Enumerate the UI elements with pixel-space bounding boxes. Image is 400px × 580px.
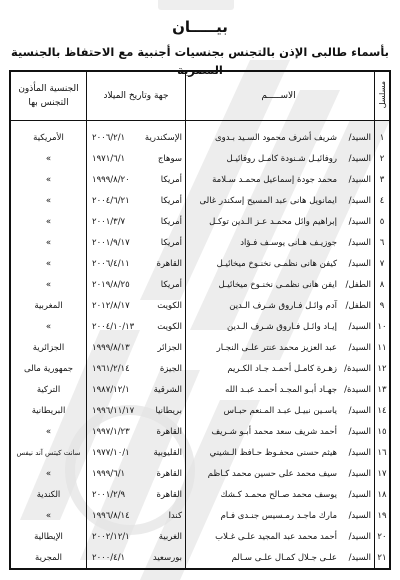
table-row: ٩الطفل/آدم وائـل فـاروق شـرف الـدينالكوي… [10,295,390,316]
row-full-name: ياسـين نبيـل عبـد المـنعم حبـاس [224,406,337,416]
row-title-prefix: السيد/ [337,469,371,479]
row-nationality: الجزائرية [10,337,87,358]
row-nationality: » [10,232,87,253]
row-full-name: محمد جودة إسماعيل محمـد سـلامة [212,175,337,185]
row-birth-date: ١٩٩٩/٨/١٣ [92,343,140,353]
row-birth-place: الشرقية [140,385,185,395]
row-birth-date: ٢٠٠١/٩/١٧ [92,238,140,248]
row-nationality: المجرية [10,547,87,569]
row-nationality: جمهورية مالى [10,358,87,379]
row-birth-date: ٢٠٠١/٢/٩ [92,490,140,500]
table-row: ١٧السيد/سيف محمد على حسين محمد كـاظمالقا… [10,463,390,484]
row-name-cell: السيد/جوزيـف هـانى يوسـف فـؤاد [186,232,375,253]
row-full-name: أحمد شريف سعد محمد أبـو شـريف [211,427,337,437]
row-title-prefix: السيد/ [337,217,371,227]
row-nationality: الإيطالية [10,526,87,547]
row-serial: ٩ [375,295,391,316]
row-serial: ١٨ [375,484,391,505]
row-birth-date: ٢٠٠١/٣/٧ [92,217,140,227]
table-row: ١٢السيدة/زهـرة كامـل أحمـد جـاد الكـريما… [10,358,390,379]
row-nationality: البريطانية [10,400,87,421]
row-serial: ٤ [375,190,391,211]
row-title-prefix: السيد/ [337,511,371,521]
row-birth-cell: الشرقية١٩٨٧/١٢/١ [87,379,186,400]
row-nationality: » [10,253,87,274]
row-title-prefix: السيد/ [337,259,371,269]
row-birth-date: ١٩٧١/٦/١ [92,154,140,164]
table-row: ٨الطفل/ايفن هانى نظمـى نخنـوخ ميخائيـلأم… [10,274,390,295]
row-serial: ١٧ [375,463,391,484]
row-full-name: يوسف محمد صـالح محمـد كـشك [221,490,337,500]
row-name-cell: السيد/ياسـين نبيـل عبـد المـنعم حبـاس [186,400,375,421]
row-nationality: سانت كيتس آند نيفس [10,442,87,463]
row-name-cell: السيدة/زهـرة كامـل أحمـد جـاد الكـريم [186,358,375,379]
row-serial: ٥ [375,211,391,232]
table-row: ١٦السيد/هيثم حسنى محفـوظ حـافظ الـشينيال… [10,442,390,463]
row-title-prefix: الطفل/ [337,280,371,290]
table-row: ٣السيد/محمد جودة إسماعيل محمـد سـلامةأمر… [10,169,390,190]
row-birth-date: ١٩٩٩/٨/٢٠ [92,175,140,185]
row-birth-place: القاهرة [140,469,185,479]
row-name-cell: السيد/ايمانويل هانى عبد المسيح إسكندر غا… [186,190,375,211]
applicants-table: مسلسل الاســـــم جهة وتاريخ الميلاد الجن… [9,70,391,570]
table-row: ١١السيد/عبد العزيز محمد عنتر علـى النجـا… [10,337,390,358]
row-birth-date: ٢٠٠٢/١٢/١ [92,532,140,542]
row-birth-cell: الكويت٢٠٠٤/١٠/١٣ [87,316,186,337]
row-nationality: » [10,169,87,190]
row-birth-cell: الجيزة١٩٦١/٢/١٤ [87,358,186,379]
document-page: بيـــــان بأسماء طالبى الإذن بالتجنس بجن… [0,17,400,61]
row-full-name: جهـاد أبـو المجـد أحمـد عبـد الله [225,385,337,395]
row-birth-place: أمريكا [140,196,185,206]
row-birth-date: ٢٠١٢/٨/١٧ [92,301,140,311]
top-overlay-bar [158,0,234,10]
row-birth-place: بورسعيد [140,553,185,563]
row-name-cell: السيد/مارك ماجـد رمـسيس جنـدى فـام [186,505,375,526]
row-nationality: » [10,505,87,526]
row-title-prefix: السيد/ [337,448,371,458]
row-serial: ١٦ [375,442,391,463]
row-title-prefix: السيد/ [337,175,371,185]
row-birth-place: القاهرة [140,490,185,500]
header-serial: مسلسل [375,71,391,121]
row-title-prefix: السيد/ [337,343,371,353]
table-row: ١٤السيد/ياسـين نبيـل عبـد المـنعم حبـاسب… [10,400,390,421]
row-title-prefix: الطفل/ [337,301,371,311]
row-birth-cell: كندا١٩٩٦/٨/١٤ [87,505,186,526]
row-title-prefix: السيد/ [337,238,371,248]
row-birth-cell: أمريكا٢٠٠٤/٦/٢١ [87,190,186,211]
row-birth-place: سوهاج [140,154,185,164]
table-row: ٥السيد/إبراهيم وائل محمـد عـز الـدين توك… [10,211,390,232]
row-birth-place: القاهرة [140,259,185,269]
row-birth-cell: القاهرة٢٠٠٦/٤/١١ [87,253,186,274]
row-birth-cell: الإسكندرية٢٠٠٦/٢/١ [87,121,186,149]
table-row: ٢السيد/روفائيـل شـنودة كامـل روفائيـلسوه… [10,148,390,169]
row-name-cell: السيد/أحمد محمد عبد المجيد علـى غـلاب [186,526,375,547]
row-title-prefix: السيد/ [337,322,371,332]
row-birth-cell: القاهرة٢٠٠١/٢/٩ [87,484,186,505]
row-serial: ٦ [375,232,391,253]
row-name-cell: السيد/أحمد شريف سعد محمد أبـو شـريف [186,421,375,442]
row-serial: ٨ [375,274,391,295]
row-birth-cell: أمريكا١٩٩٩/٨/٢٠ [87,169,186,190]
row-serial: ١٥ [375,421,391,442]
row-nationality: » [10,274,87,295]
row-title-prefix: السيدة/ [337,385,371,395]
row-birth-date: ١٩٨٧/١٢/١ [92,385,140,395]
table-row: ١٥السيد/أحمد شريف سعد محمد أبـو شـريفالق… [10,421,390,442]
row-birth-place: أمريكا [140,217,185,227]
row-full-name: سيف محمد على حسين محمد كـاظم [208,469,337,479]
row-birth-cell: أمريكا٢٠١٩/٨/٢٥ [87,274,186,295]
row-serial: ٢٠ [375,526,391,547]
row-name-cell: السيد/محمد جودة إسماعيل محمـد سـلامة [186,169,375,190]
row-serial: ١ [375,121,391,149]
row-birth-date: ٢٠٠٠/٤/١ [92,553,140,563]
row-birth-date: ١٩٦١/٢/١٤ [92,364,140,374]
header-place-date: جهة وتاريخ الميلاد [87,71,186,121]
row-birth-date: ١٩٩٩/٦/١ [92,469,140,479]
table-body: ١السيد/شريف أشرف محمود السـيد بـدوىالإسك… [10,121,390,570]
row-full-name: ايفن هانى نظمـى نخنـوخ ميخائيـل [219,280,338,290]
row-full-name: مارك ماجـد رمـسيس جنـدى فـام [221,511,337,521]
row-full-name: روفائيـل شـنودة كامـل روفائيـل [227,154,337,164]
row-name-cell: السيد/إيـاد وائـل فـاروق شـرف الـدين [186,316,375,337]
row-birth-date: ٢٠٠٤/٦/٢١ [92,196,140,206]
row-serial: ١٤ [375,400,391,421]
row-birth-date: ١٩٩٦/١١/١٧ [92,406,140,416]
row-full-name: هيثم حسنى محفـوظ حـافظ الـشيني [210,448,337,458]
table-row: ١٩السيد/مارك ماجـد رمـسيس جنـدى فـامكندا… [10,505,390,526]
row-birth-cell: سوهاج١٩٧١/٦/١ [87,148,186,169]
row-nationality: » [10,421,87,442]
row-serial: ١٠ [375,316,391,337]
row-title-prefix: السيد/ [337,490,371,500]
row-name-cell: السيدة/جهـاد أبـو المجـد أحمـد عبـد الله [186,379,375,400]
row-birth-place: الجيزة [140,364,185,374]
row-nationality: » [10,190,87,211]
row-full-name: جوزيـف هـانى يوسـف فـؤاد [240,238,337,248]
row-full-name: شريف أشرف محمود السـيد بـدوى [215,133,337,143]
row-full-name: إبراهيم وائل محمـد عـز الـدين توكـل [209,217,337,227]
row-full-name: أحمد محمد عبد المجيد علـى غـلاب [215,532,337,542]
table-row: ١السيد/شريف أشرف محمود السـيد بـدوىالإسك… [10,121,390,149]
table-row: ١٨السيد/يوسف محمد صـالح محمـد كـشكالقاهر… [10,484,390,505]
row-name-cell: الطفل/آدم وائـل فـاروق شـرف الـدين [186,295,375,316]
row-title-prefix: السيد/ [337,154,371,164]
row-serial: ١٢ [375,358,391,379]
header-nationality: الجنسية المأذون التجنس بها [10,71,87,121]
row-birth-date: ٢٠٠٤/١٠/١٣ [92,322,140,332]
row-birth-cell: القاهرة١٩٩٩/٦/١ [87,463,186,484]
row-birth-place: الكويت [140,301,185,311]
row-birth-place: الجزائر [140,343,185,353]
row-title-prefix: السيد/ [337,196,371,206]
row-full-name: علـى جـلال كمـال علـى سـالم [232,553,337,563]
row-name-cell: السيد/سيف محمد على حسين محمد كـاظم [186,463,375,484]
row-birth-date: ١٩٩٧/١/٢٣ [92,427,140,437]
table-row: ٢٠السيد/أحمد محمد عبد المجيد علـى غـلابا… [10,526,390,547]
row-birth-cell: القاهرة١٩٩٧/١/٢٣ [87,421,186,442]
row-name-cell: السيد/عبد العزيز محمد عنتر علـى النجـار [186,337,375,358]
row-serial: ١٣ [375,379,391,400]
row-serial: ١١ [375,337,391,358]
header-serial-label: مسلسل [378,81,387,108]
row-serial: ٢ [375,148,391,169]
row-nationality: الكندية [10,484,87,505]
row-nationality: التركية [10,379,87,400]
table-row: ٤السيد/ايمانويل هانى عبد المسيح إسكندر غ… [10,190,390,211]
row-birth-place: الكويت [140,322,185,332]
row-name-cell: السيد/كيفن هانى نظمـى نخنـوخ ميخائيـل [186,253,375,274]
row-birth-place: كندا [140,511,185,521]
row-birth-date: ٢٠٠٦/٤/١١ [92,259,140,269]
row-birth-cell: أمريكا٢٠٠١/٣/٧ [87,211,186,232]
row-nationality: الأمريكية [10,121,87,149]
table-row: ٦السيد/جوزيـف هـانى يوسـف فـؤادأمريكا٢٠٠… [10,232,390,253]
row-title-prefix: السيد/ [337,553,371,563]
table-row: ٧السيد/كيفن هانى نظمـى نخنـوخ ميخائيـلال… [10,253,390,274]
table-row: ١٣السيدة/جهـاد أبـو المجـد أحمـد عبـد ال… [10,379,390,400]
row-name-cell: السيد/إبراهيم وائل محمـد عـز الـدين توكـ… [186,211,375,232]
document-subtitle: بأسماء طالبى الإذن بالتجنس بجنسيات أجنبي… [0,43,400,61]
row-birth-place: الإسكندرية [140,133,185,143]
row-title-prefix: السيد/ [337,406,371,416]
row-serial: ٣ [375,169,391,190]
row-birth-cell: بريطانيا١٩٩٦/١١/١٧ [87,400,186,421]
row-full-name: آدم وائـل فـاروق شـرف الـدين [229,301,337,311]
document-title: بيـــــان [0,17,400,37]
table-row: ٢١السيد/علـى جـلال كمـال علـى سـالمبورسع… [10,547,390,569]
row-full-name: عبد العزيز محمد عنتر علـى النجـار [217,343,337,353]
row-nationality: » [10,316,87,337]
row-serial: ١٩ [375,505,391,526]
row-nationality: » [10,148,87,169]
row-title-prefix: السيد/ [337,427,371,437]
row-name-cell: السيد/علـى جـلال كمـال علـى سـالم [186,547,375,569]
row-name-cell: السيد/هيثم حسنى محفـوظ حـافظ الـشيني [186,442,375,463]
row-birth-place: القاهرة [140,427,185,437]
row-birth-place: بريطانيا [140,406,185,416]
row-birth-cell: الجزائر١٩٩٩/٨/١٣ [87,337,186,358]
row-birth-place: الغربية [140,532,185,542]
row-birth-date: ١٩٧٧/١٠/١ [92,448,140,458]
row-birth-place: القليوبية [140,448,185,458]
row-birth-cell: الكويت٢٠١٢/٨/١٧ [87,295,186,316]
row-birth-place: أمريكا [140,175,185,185]
row-full-name: كيفن هانى نظمـى نخنـوخ ميخائيـل [217,259,337,269]
row-title-prefix: السيدة/ [337,364,371,374]
row-name-cell: الطفل/ايفن هانى نظمـى نخنـوخ ميخائيـل [186,274,375,295]
row-name-cell: السيد/شريف أشرف محمود السـيد بـدوى [186,121,375,149]
row-birth-date: ٢٠١٩/٨/٢٥ [92,280,140,290]
row-birth-date: ٢٠٠٦/٢/١ [92,133,140,143]
row-nationality: المغربية [10,295,87,316]
row-birth-place: أمريكا [140,238,185,248]
row-nationality: » [10,463,87,484]
row-full-name: إيـاد وائـل فـاروق شـرف الـدين [227,322,337,332]
row-birth-cell: الغربية٢٠٠٢/١٢/١ [87,526,186,547]
row-serial: ٧ [375,253,391,274]
row-title-prefix: السيد/ [337,532,371,542]
table-row: ١٠السيد/إيـاد وائـل فـاروق شـرف الـدينال… [10,316,390,337]
row-birth-cell: القليوبية١٩٧٧/١٠/١ [87,442,186,463]
row-birth-date: ١٩٩٦/٨/١٤ [92,511,140,521]
row-name-cell: السيد/روفائيـل شـنودة كامـل روفائيـل [186,148,375,169]
row-title-prefix: السيد/ [337,133,371,143]
row-birth-cell: أمريكا٢٠٠١/٩/١٧ [87,232,186,253]
row-birth-cell: بورسعيد٢٠٠٠/٤/١ [87,547,186,569]
row-serial: ٢١ [375,547,391,569]
row-birth-place: أمريكا [140,280,185,290]
row-nationality: » [10,211,87,232]
row-name-cell: السيد/يوسف محمد صـالح محمـد كـشك [186,484,375,505]
row-full-name: زهـرة كامـل أحمـد جـاد الكـريم [227,364,337,374]
row-full-name: ايمانويل هانى عبد المسيح إسكندر غالى [200,196,337,206]
